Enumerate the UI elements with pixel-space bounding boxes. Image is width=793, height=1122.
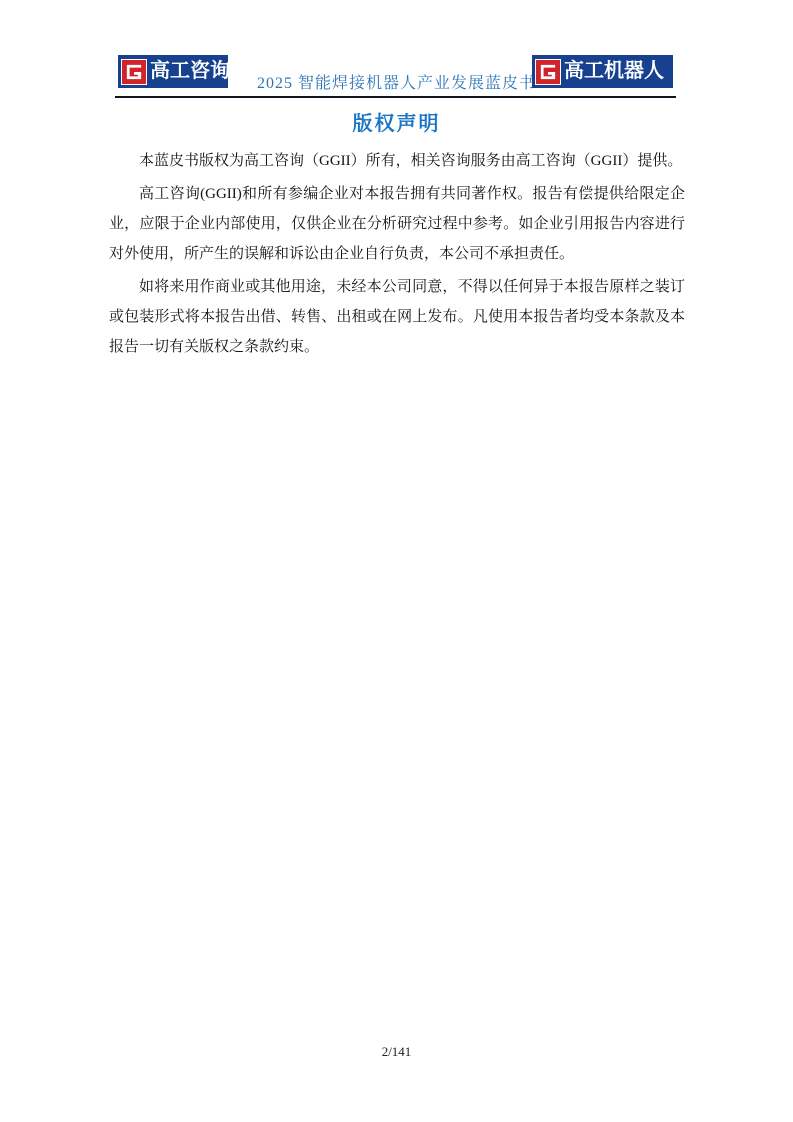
paragraph: 高工咨询(GGII)和所有参编企业对本报告拥有共同著作权。报告有偿提供给限定企业…: [109, 179, 685, 269]
right-logo-text: 高工机器人: [564, 55, 664, 88]
paragraph: 本蓝皮书版权为高工咨询（GGII）所有，相关咨询服务由高工咨询（GGII）提供。: [109, 146, 685, 176]
paragraph: 如将来用作商业或其他用途，未经本公司同意，不得以任何异于本报告原样之装订或包装形…: [109, 272, 685, 362]
ggii-g-icon: [535, 59, 561, 85]
page-title: 版权声明: [0, 107, 793, 136]
page-number: 2/141: [0, 1044, 793, 1060]
document-page: 高工咨询 2025 智能焊接机器人产业发展蓝皮书 高工机器人 版权声明 本蓝皮书…: [0, 0, 793, 1122]
ggii-robot-logo: 高工机器人: [532, 55, 673, 88]
header-divider: [115, 96, 676, 98]
header-report-title: 2025 智能焊接机器人产业发展蓝皮书: [0, 70, 793, 93]
page-header: 高工咨询 2025 智能焊接机器人产业发展蓝皮书 高工机器人: [0, 0, 793, 100]
copyright-statement: 本蓝皮书版权为高工咨询（GGII）所有，相关咨询服务由高工咨询（GGII）提供。…: [109, 146, 685, 365]
